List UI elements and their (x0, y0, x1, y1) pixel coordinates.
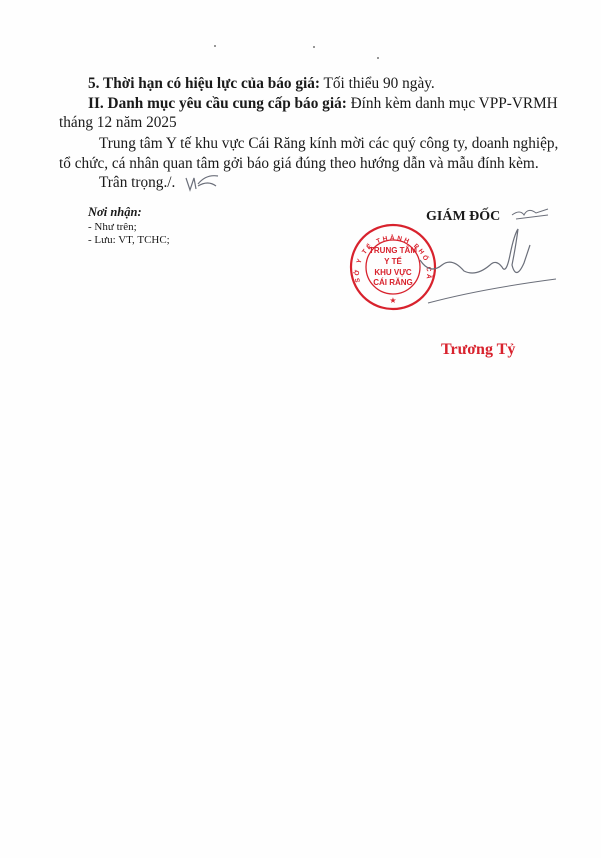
svg-text:KHU VỰC: KHU VỰC (374, 268, 412, 277)
section-2-line: II. Danh mục yêu cầu cung cấp báo giá: Đ… (88, 95, 558, 113)
document-page: 5. Thời hạn có hiệu lực của báo giá: Tối… (0, 0, 601, 858)
scan-speck (313, 46, 315, 48)
section-2-continuation: tháng 12 năm 2025 (59, 114, 177, 132)
svg-text:TRUNG TÂM: TRUNG TÂM (369, 246, 417, 255)
recipients-heading: Nơi nhận: (88, 205, 142, 219)
director-signature-icon (420, 205, 560, 325)
director-name: Trương Tỷ (441, 341, 515, 359)
section-2-label: II. Danh mục yêu cầu cung cấp báo giá: (88, 95, 347, 112)
closing-text: Trân trọng./. (99, 174, 175, 192)
recipient-item: - Lưu: VT, TCHC; (88, 233, 170, 247)
recipient-item: - Như trên; (88, 220, 137, 234)
svg-text:CÁI RĂNG: CÁI RĂNG (373, 278, 413, 287)
validity-value: Tối thiểu 90 ngày. (320, 75, 435, 92)
initials-mark-icon (184, 172, 224, 194)
closing-label: Trân trọng./. (99, 174, 175, 191)
validity-label: 5. Thời hạn có hiệu lực của báo giá: (88, 75, 320, 92)
svg-text:★: ★ (389, 296, 396, 305)
invitation-line-1: Trung tâm Y tế khu vực Cái Răng kính mời… (99, 135, 558, 153)
invitation-line-2: tổ chức, cá nhân quan tâm gởi báo giá đú… (59, 155, 539, 173)
section-2-value: Đính kèm danh mục VPP-VRMH (347, 95, 558, 112)
svg-text:Y TẾ: Y TẾ (384, 256, 402, 266)
scan-speck (377, 57, 379, 59)
scan-speck (214, 45, 216, 47)
validity-line: 5. Thời hạn có hiệu lực của báo giá: Tối… (88, 75, 435, 93)
